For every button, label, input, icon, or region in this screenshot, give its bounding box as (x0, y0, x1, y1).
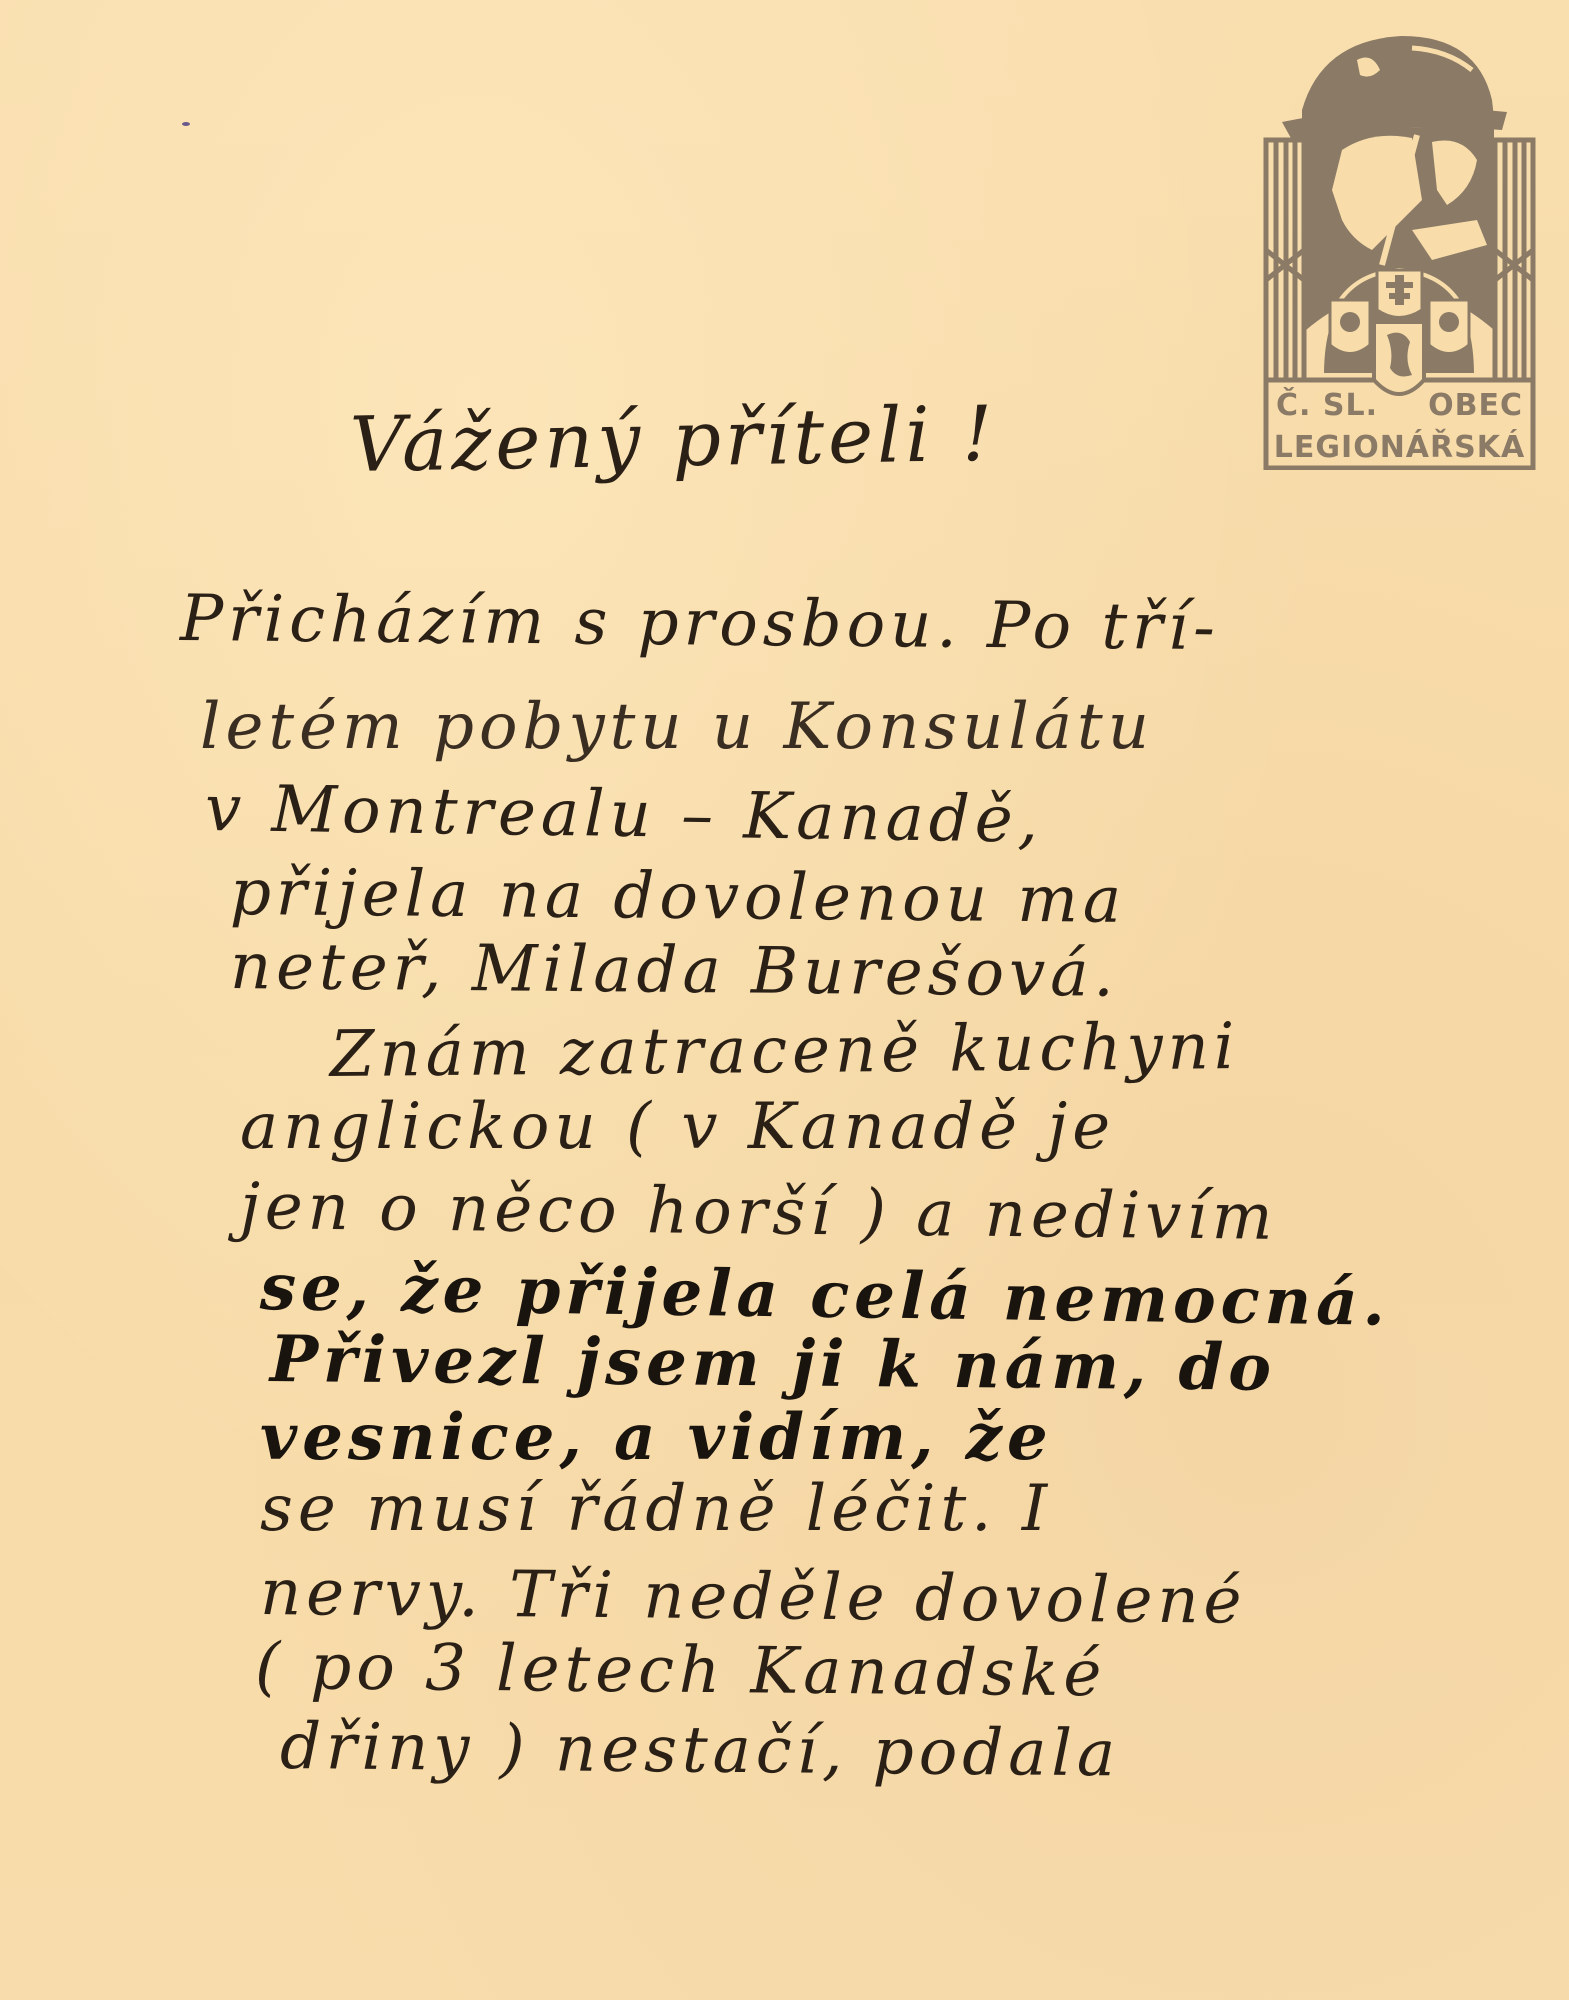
letter-line: anglickou ( v Kanadě je (240, 1090, 1115, 1164)
letter-line: ( po 3 letech Kanadské (255, 1630, 1107, 1711)
letter-line: nervy. Tři neděle dovolené (260, 1556, 1247, 1639)
letter-line: se musí řádně léčit. I (260, 1472, 1052, 1546)
letter-line: dřiny ) nestačí, podala (280, 1710, 1121, 1791)
letter-page: Č. SL. OBEC LEGIONÁŘSKÁ Vážený příteli !… (0, 0, 1569, 2000)
letter-line: vesnice, a vidím, že (260, 1400, 1053, 1475)
letter-line: neteř, Milada Burešová. (230, 930, 1119, 1012)
letter-line: letém pobytu u Konsulátu (200, 690, 1154, 764)
letter-line: v Montrealu – Kanadě, (204, 772, 1043, 858)
letter-line: přijela na dovolenou ma (230, 856, 1127, 938)
letter-line: Přivezl jsem ji k nám, do (270, 1322, 1277, 1406)
letter-line: Přicházím s prosbou. Po tří- (180, 582, 1220, 665)
letter-line: Znám zatraceně kuchyni (330, 1010, 1240, 1092)
letter-line: jen o něco horší ) a nedivím (240, 1170, 1278, 1255)
salutation: Vážený příteli ! (349, 389, 997, 489)
letter-body: Vážený příteli ! Přicházím s prosbou. Po… (0, 0, 1569, 2000)
